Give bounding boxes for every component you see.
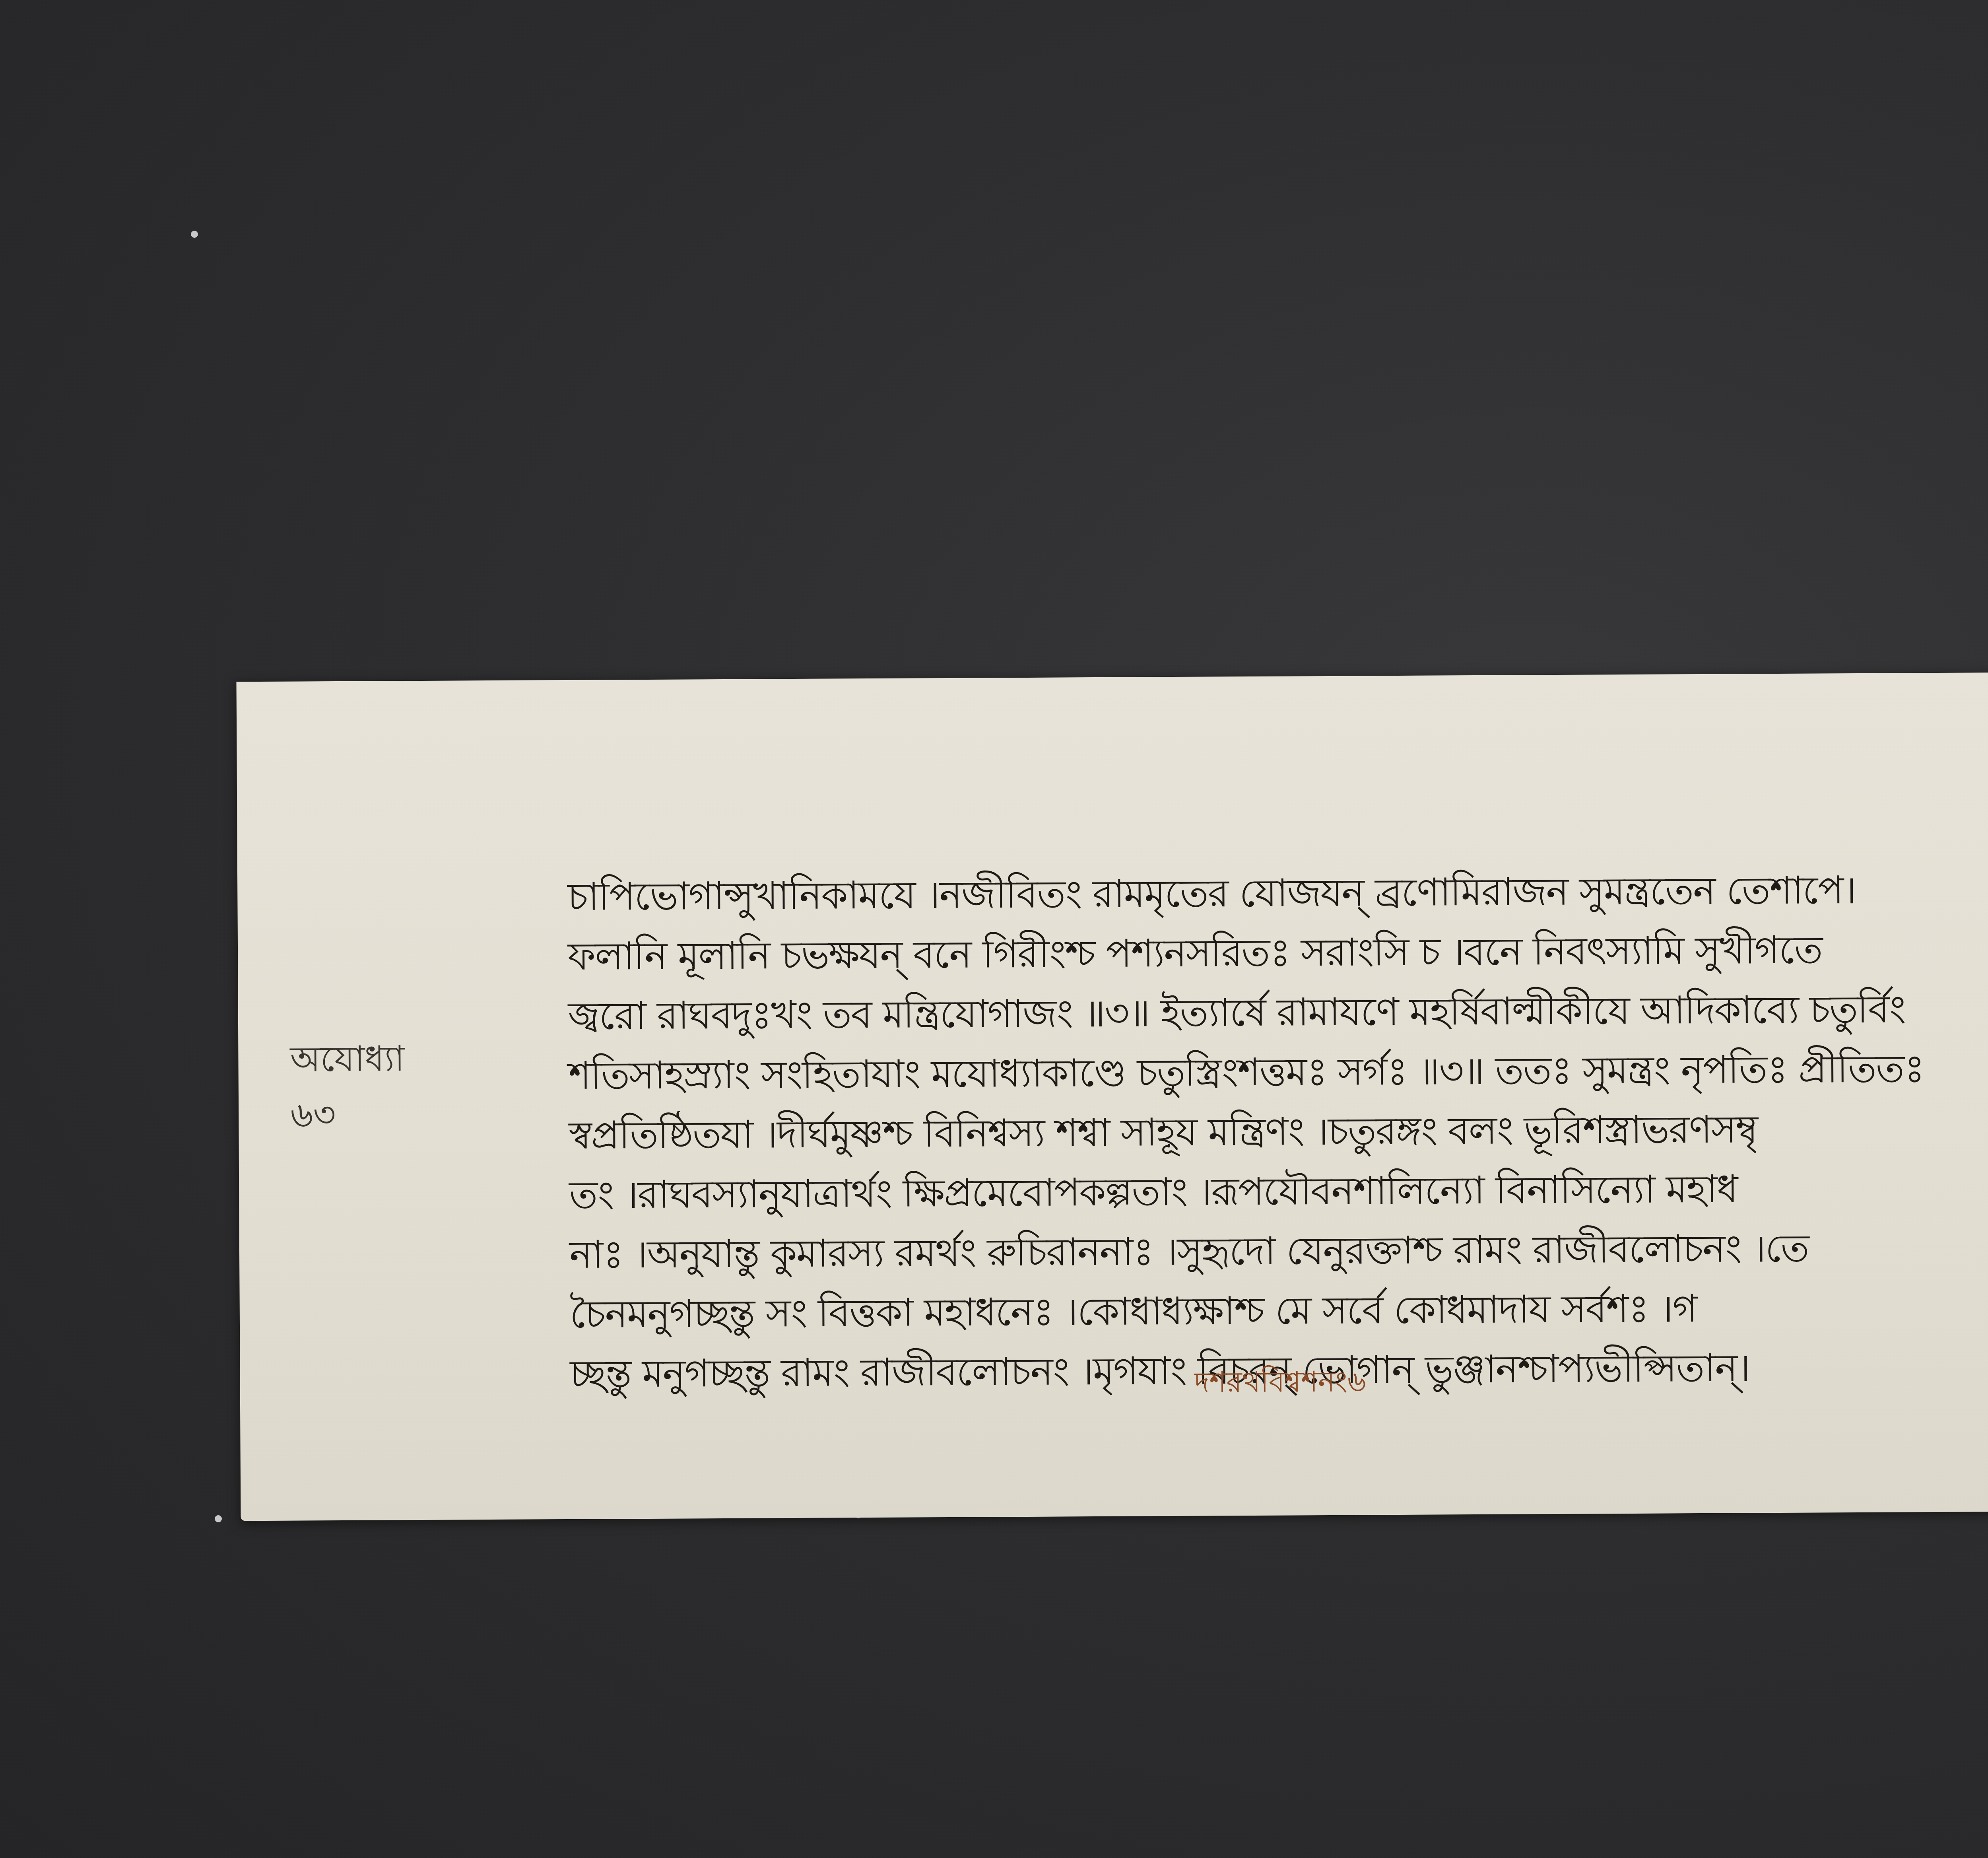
manuscript-folio: অযোধ্যা ৬৩ চাপিভোগান্সুখানিকামযে ।নজীবিত… <box>237 671 1988 1521</box>
pin <box>215 1515 222 1522</box>
margin-number: ৬৩ <box>290 1086 405 1143</box>
text-line: জ্বরো রাঘবদুঃখং তব মন্ত্রিযোগাজং ॥৩॥ ইত্… <box>568 978 1988 1046</box>
text-line: নাঃ ।অনুযান্তু কুমারস্য রমর্থং রুচিরাননা… <box>569 1217 1988 1285</box>
manuscript-text: চাপিভোগান্সুখানিকামযে ।নজীবিতং রামমৃতের … <box>567 859 1988 1404</box>
margin-title: অযোধ্যা <box>290 1031 405 1087</box>
text-line: চৈনমনুগচ্ছন্তু সং বিত্তকা মহাধনেঃ ।কোধাধ… <box>569 1277 1988 1344</box>
text-line: তং ।রাঘবস্যানুযাত্রার্থং ক্ষিপ্রমেবোপকল্… <box>569 1157 1988 1225</box>
bottom-note: দশরথবিশ্বশনং৬ <box>1194 1360 1366 1408</box>
text-line: ফলানি মূলানি চভক্ষযন্ বনে গিরীংশ্চ পশ্যন… <box>568 919 1988 986</box>
margin-left-label: অযোধ্যা ৬৩ <box>290 1031 405 1143</box>
text-line: স্বপ্রতিষ্ঠিতযা ।দীর্ঘমুষ্ণশ্চ বিনিশ্বস্… <box>569 1098 1988 1165</box>
pin <box>191 231 198 238</box>
text-line: চাপিভোগান্সুখানিকামযে ।নজীবিতং রামমৃতের … <box>567 859 1988 927</box>
text-line: শতিসাহস্র্যাং সংহিতাযাং মযোধ্যাকাণ্ডে চত… <box>568 1038 1988 1106</box>
